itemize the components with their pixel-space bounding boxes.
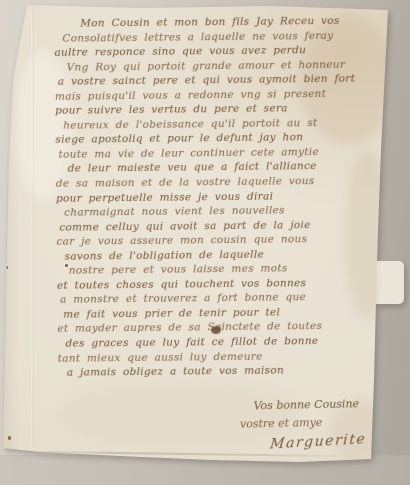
closing-line: vostre et amye [240, 414, 403, 430]
photo-background: Mon Cousin et mon bon fils Jay Receu vos… [0, 0, 410, 485]
fold-crease-vertical [31, 8, 34, 446]
margin-ink-dot [65, 264, 68, 267]
ink-blot [211, 326, 221, 334]
letter-line: a jamais obligez a toute vos maison [67, 362, 396, 380]
letter-text: Mon Cousin et mon bon fils Jay Receu vos… [54, 13, 396, 380]
edge-speck [6, 266, 8, 269]
letter-sheet: Mon Cousin et mon bon fils Jay Receu vos… [0, 0, 410, 485]
letter-paper: Mon Cousin et mon bon fils Jay Receu vos… [0, 0, 410, 485]
red-speck [8, 436, 11, 440]
letter-closing: Vos bonne Cousine vostre et amye Marguer… [237, 396, 403, 450]
closing-line: Vos bonne Cousine [253, 396, 402, 412]
fold-crease-horizontal [10, 451, 366, 458]
